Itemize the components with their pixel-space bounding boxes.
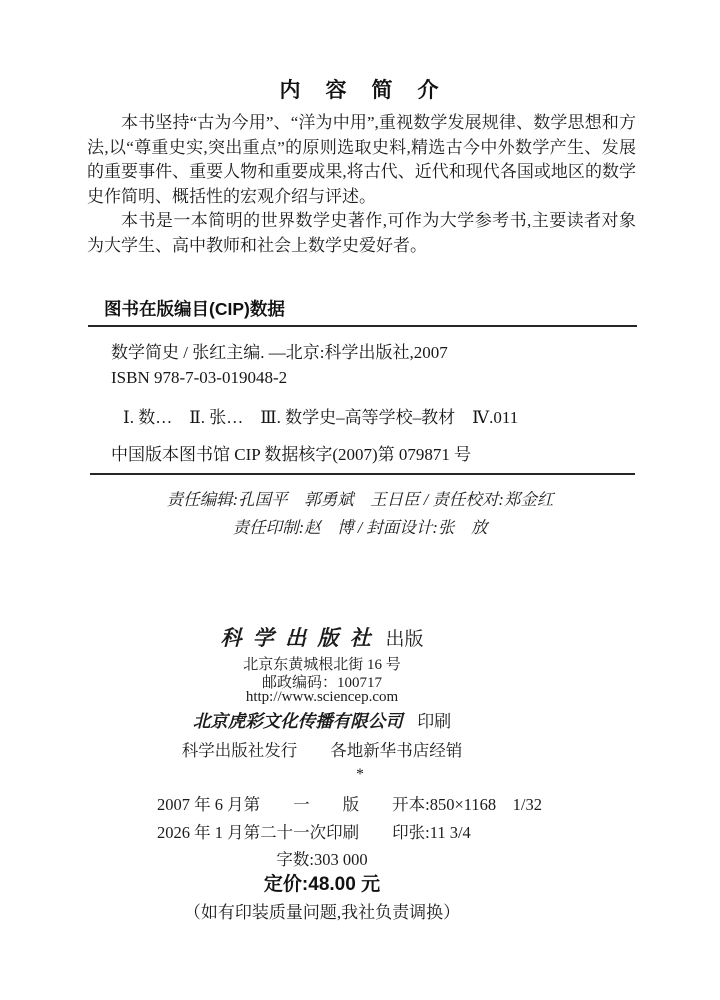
printer-label: 印刷 xyxy=(417,712,451,731)
cip-top-rule xyxy=(88,325,637,327)
format-spec: 开本:850×1168 1/32 xyxy=(392,795,542,814)
staff-editors-line: 责任编辑:孔国平 郭勇斌 王日臣 / 责任校对:郑金红 xyxy=(0,486,720,510)
publisher-label: 出版 xyxy=(385,629,423,650)
staff-printing-line: 责任印制:赵 博 / 封面设计:张 放 xyxy=(0,514,720,538)
distribution-line: 科学出版社发行 各地新华书店经销 xyxy=(0,737,644,761)
website-line: http://www.sciencep.com xyxy=(0,689,644,706)
cip-header: 图书在版编目(CIP)数据 xyxy=(104,296,285,321)
intro-paragraph-1: 本书坚持“古为今用”、“洋为中用”,重视数学发展规律、数学思想和方法,以“尊重史… xyxy=(87,111,636,209)
intro-paragraph-2: 本书是一本简明的世界数学史著作,可作为大学参考书,主要读者对象为大学生、高中教师… xyxy=(87,209,636,258)
publisher-line: 科 学 出 版 社 出版 xyxy=(0,622,644,652)
cip-bottom-rule xyxy=(90,473,635,475)
cip-isbn-line: ISBN 978-7-03-019048-2 xyxy=(111,368,287,388)
printing-date: 2026 年 1 月第二十一次印刷 xyxy=(157,819,388,843)
printing-line: 2026 年 1 月第二十一次印刷 印张:11 3/4 xyxy=(157,819,471,843)
quality-note-line: （如有印装质量问题,我社负责调换） xyxy=(0,898,644,923)
publisher-name: 科 学 出 版 社 xyxy=(220,625,372,650)
section-divider-star: * xyxy=(0,766,720,784)
cip-title-line: 数学简史 / 张红主编. —北京:科学出版社,2007 xyxy=(111,338,448,363)
edition-date: 2007 年 6 月第 一 版 xyxy=(157,791,388,815)
intro-section: 本书坚持“古为今用”、“洋为中用”,重视数学发展规律、数学思想和方法,以“尊重史… xyxy=(87,111,636,259)
word-count-line: 字数:303 000 xyxy=(0,846,644,870)
printer-name: 北京虎彩文化传播有限公司 xyxy=(193,712,403,732)
page-title: 内 容 简 介 xyxy=(0,74,720,104)
sheet-count: 印张:11 3/4 xyxy=(392,823,471,842)
cip-record-line: 中国版本图书馆 CIP 数据核字(2007)第 079871 号 xyxy=(111,440,471,465)
printer-line: 北京虎彩文化传播有限公司 印刷 xyxy=(0,707,644,733)
cip-classification-line: Ⅰ. 数… Ⅱ. 张… Ⅲ. 数学史–高等学校–教材 Ⅳ.011 xyxy=(123,403,518,428)
edition-line: 2007 年 6 月第 一 版 开本:850×1168 1/32 xyxy=(157,791,542,815)
book-copyright-page: 内 容 简 介 本书坚持“古为今用”、“洋为中用”,重视数学发展规律、数学思想和… xyxy=(0,0,720,1000)
price-line: 定价:48.00 元 xyxy=(0,869,644,896)
